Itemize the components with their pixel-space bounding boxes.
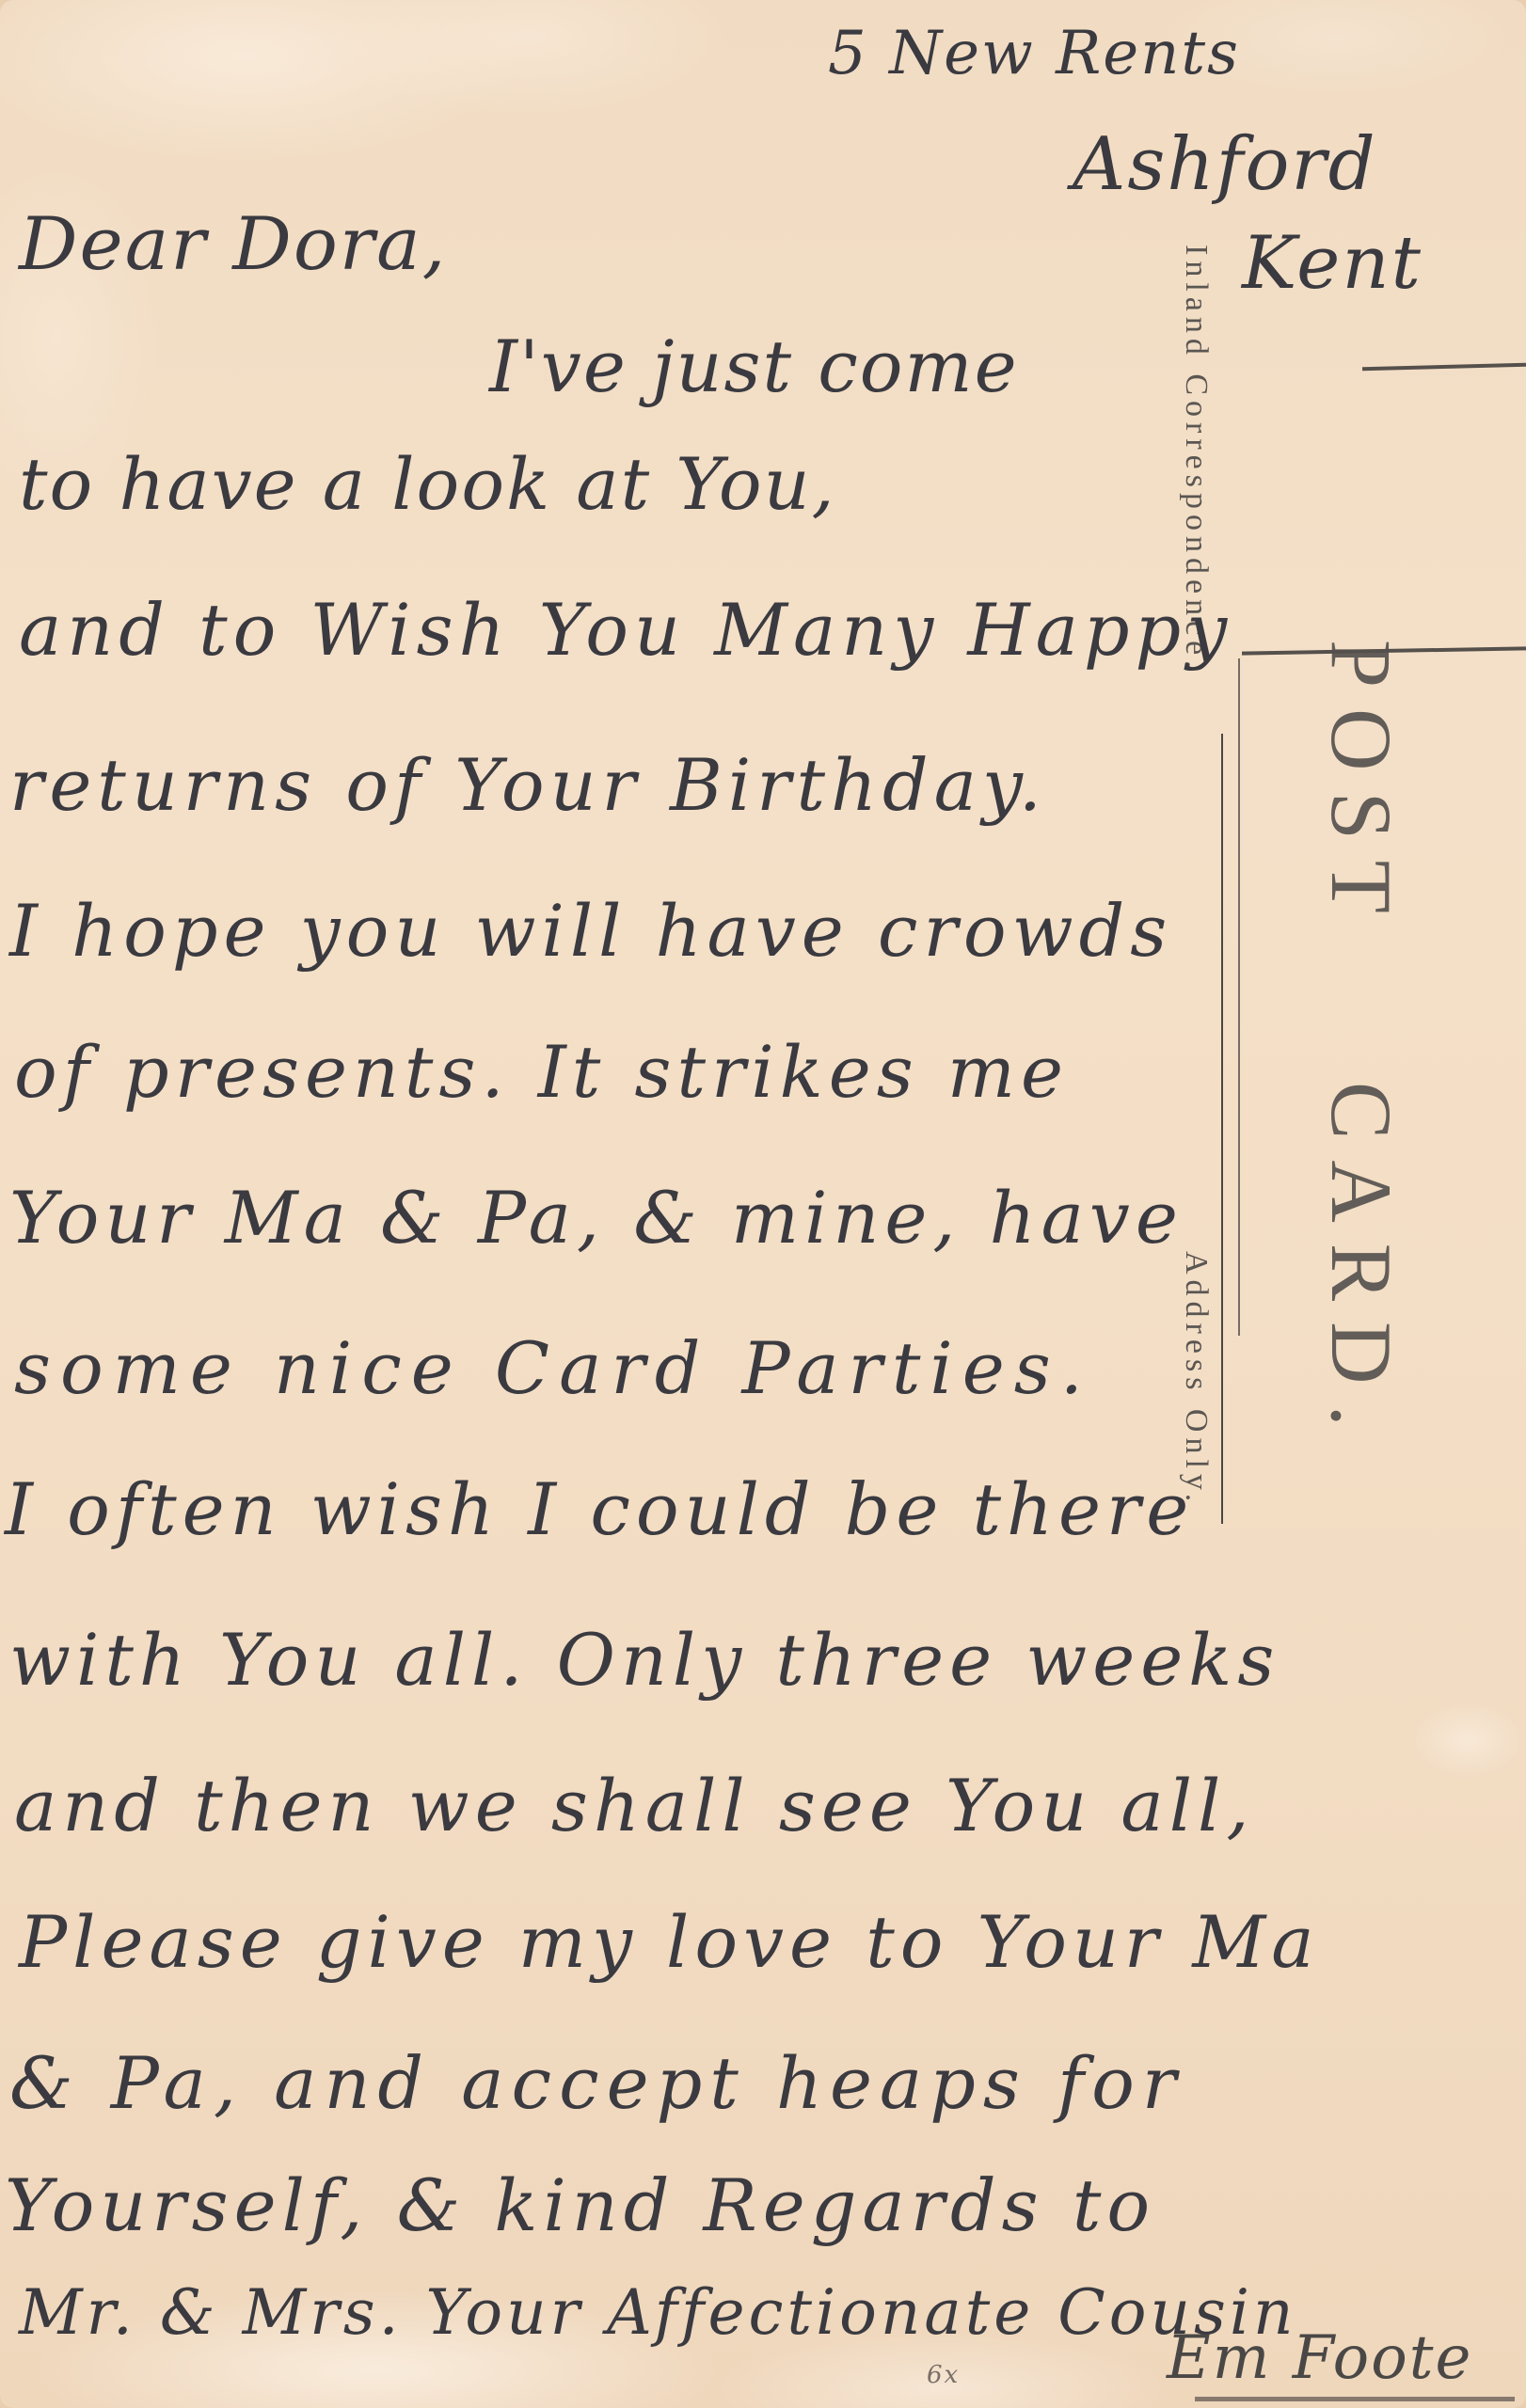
letter-line: & Pa, and accept heaps for bbox=[9, 2041, 1184, 2125]
letter-line: with You all. Only three weeks bbox=[9, 1618, 1280, 1702]
letter-line: I've just come bbox=[489, 325, 1019, 408]
letter-line: Yourself, & kind Regards to bbox=[5, 2163, 1155, 2247]
divider-line-right bbox=[1238, 658, 1240, 1336]
small-mark-bottom: 6x bbox=[927, 2361, 960, 2389]
letter-line: to have a look at You, bbox=[19, 442, 836, 526]
divider-line-left bbox=[1221, 734, 1223, 1524]
letter-line: Please give my love to Your Ma bbox=[19, 1900, 1320, 1984]
address-line-3: Kent bbox=[1242, 221, 1423, 306]
letter-line: I hope you will have crowds bbox=[9, 889, 1172, 973]
printed-post-title: POST bbox=[1311, 640, 1411, 934]
salutation: Dear Dora, bbox=[19, 202, 447, 287]
address-line-2: Ashford bbox=[1073, 122, 1377, 207]
letter-line: some nice Card Parties. bbox=[14, 1326, 1092, 1410]
printed-card-title: CARD. bbox=[1311, 1082, 1411, 1448]
signature-underline bbox=[1195, 2397, 1515, 2401]
letter-line: of presents. It strikes me bbox=[14, 1030, 1069, 1114]
letter-line: and then we shall see You all, bbox=[14, 1764, 1254, 1847]
letter-line: Mr. & Mrs. Your Affectionate Cousin bbox=[19, 2276, 1297, 2349]
address-line-stroke bbox=[1362, 363, 1526, 372]
letter-line: I often wish I could be there bbox=[5, 1467, 1194, 1551]
signature: Em Foote bbox=[1167, 2323, 1472, 2393]
address-line-1: 5 New Rents bbox=[828, 19, 1240, 88]
letter-line: Your Ma & Pa, & mine, have bbox=[9, 1176, 1184, 1259]
letter-line: and to Wish You Many Happy bbox=[19, 588, 1232, 672]
letter-line: returns of Your Birthday. bbox=[9, 743, 1047, 827]
postcard-back: Inland Correspondence. Address Only. POS… bbox=[0, 0, 1526, 2408]
